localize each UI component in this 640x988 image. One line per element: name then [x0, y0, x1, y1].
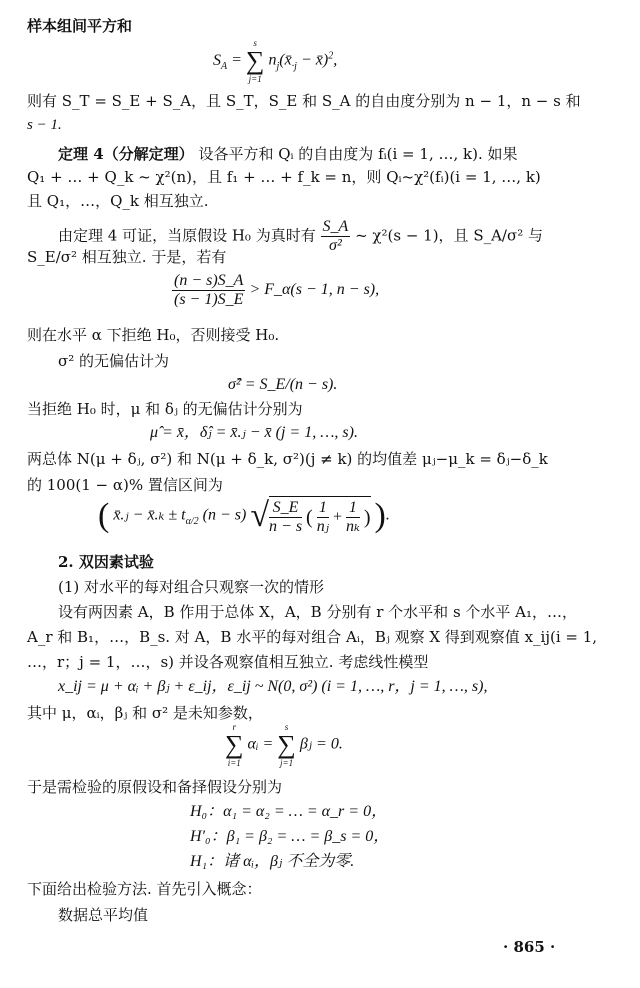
fraction-sa-over-sigma2: S_A σ² [321, 218, 351, 255]
formula-sa: SA = s ∑ j=1 nj(x̄·j − x̄)2, [213, 38, 337, 88]
two-population-line: 两总体 N(μ + δⱼ, σ²) 和 N(μ + δ_k, σ²)(j ≠ k… [27, 450, 548, 468]
df-continuation: s − 1. [27, 116, 62, 134]
unknown-params-line: 其中 μ，αᵢ，βⱼ 和 σ² 是未知参数， [27, 704, 263, 722]
f-critical-value: > F_α(s − 1, n − s), [249, 281, 379, 298]
theorem-text-1: 设各平方和 Qᵢ 的自由度为 fᵢ(i = 1, …, k). 如果 [198, 145, 517, 163]
reject-h0-estimates-line: 当拒绝 H₀ 时，μ 和 δⱼ 的无偏估计分别为 [27, 400, 303, 418]
right-paren: ) [375, 497, 386, 534]
hypothesis-h0: H₀：α₁ = α₂ = … = α_r = 0， [190, 803, 387, 821]
theorem-4-line-3: 且 Q₁，…，Q_k 相互独立. [27, 192, 209, 210]
theorem-4-line-1: 定理 4（分解定理） 设各平方和 Qᵢ 的自由度为 fᵢ(i = 1, …, k… [58, 145, 518, 163]
square-root: √ S_En − s ( 1nⱼ + 1nₖ ) [250, 496, 370, 536]
heading-between-group-sum-of-squares: 样本组间平方和 [27, 17, 132, 35]
summation-alpha: r ∑ i=1 [225, 722, 244, 768]
page-number: · 865 · [503, 938, 555, 956]
reject-rule-line: 则在水平 α 下拒绝 H₀，否则接受 H₀. [27, 326, 279, 344]
f-test-formula: (n − s)S_A (s − 1)S_E > F_α(s − 1, n − s… [172, 272, 379, 312]
two-factor-para-line-3: …，r；j = 1，…，s) 并设各观察值相互独立. 考虑线性模型 [27, 653, 428, 671]
prop-text-a: 由定理 4 可证，当原假设 H₀ 为真时有 [58, 227, 316, 245]
proposition-line-2: S_E/σ² 相互独立. 于是，若有 [27, 248, 226, 266]
two-factor-para-line-1: 设有两因素 A，B 作用于总体 X，A，B 分别有 r 个水平和 s 个水平 A… [58, 603, 577, 621]
hypotheses-intro: 于是需检验的原假设和备择假设分别为 [27, 778, 282, 796]
sigma-estimate-formula: σ̂² = S_E/(n − s). [228, 376, 337, 394]
subsection-single-observation: (1) 对水平的每对组合只观察一次的情形 [58, 578, 324, 596]
t-subscript: α/2 [186, 516, 199, 527]
sigma-unbiased-line: σ² 的无偏估计为 [58, 352, 169, 370]
hypothesis-h1: H₁：诸 αᵢ，βⱼ 不全为零. [190, 853, 354, 871]
prop-text-b: ~ χ²(s − 1)，且 S_A/σ² 与 [355, 227, 543, 245]
total-decomposition-line: 则有 S_T = S_E + S_A，且 S_T，S_E 和 S_A 的自由度分… [27, 92, 581, 110]
ci-mean-diff: x̄.ⱼ − x̄.ₖ ± t [113, 507, 185, 524]
method-intro: 下面给出检验方法. 首先引入概念： [27, 880, 262, 898]
constraint-formula: r ∑ i=1 αᵢ = s ∑ j=1 βⱼ = 0. [225, 722, 343, 770]
theorem-4-line-2: Q₁ + … + Q_k ~ χ²(n)，且 f₁ + … + f_k = n，… [27, 168, 541, 186]
linear-model-formula: x_ij = μ + αᵢ + βⱼ + ε_ij，ε_ij ~ N(0, σ²… [58, 678, 487, 696]
summation-beta: s ∑ j=1 [277, 722, 296, 768]
ci-df: (n − s) [203, 507, 247, 524]
estimates-formula: μ̂ = x̄，δ̂ⱼ = x̄.ⱼ − x̄ (j = 1, …, s). [150, 424, 358, 442]
grand-mean-heading: 数据总平均值 [58, 906, 148, 924]
left-paren: ( [98, 497, 109, 534]
theorem-title: 定理 4（分解定理） [58, 145, 194, 163]
two-factor-para-line-2: A_r 和 B₁，…，B_s. 对 A，B 水平的每对组合 Aᵢ，Bⱼ 观察 X… [27, 628, 597, 646]
equals-sign: = [231, 52, 246, 69]
confidence-interval-line: 的 100(1 − α)% 置信区间为 [27, 476, 223, 494]
f-statistic-fraction: (n − s)S_A (s − 1)S_E [172, 272, 245, 309]
confidence-interval-formula: ( x̄.ⱼ − x̄.ₖ ± tα/2 (n − s) √ S_En − s … [98, 496, 390, 542]
hypothesis-h0-prime: H′₀：β₁ = β₂ = … = β_s = 0， [190, 828, 389, 846]
summation-symbol: s ∑ j=1 [246, 38, 265, 84]
formula-sa-lhs: SA [213, 52, 227, 69]
section-two-factor-experiment: 2. 双因素试验 [58, 553, 154, 571]
